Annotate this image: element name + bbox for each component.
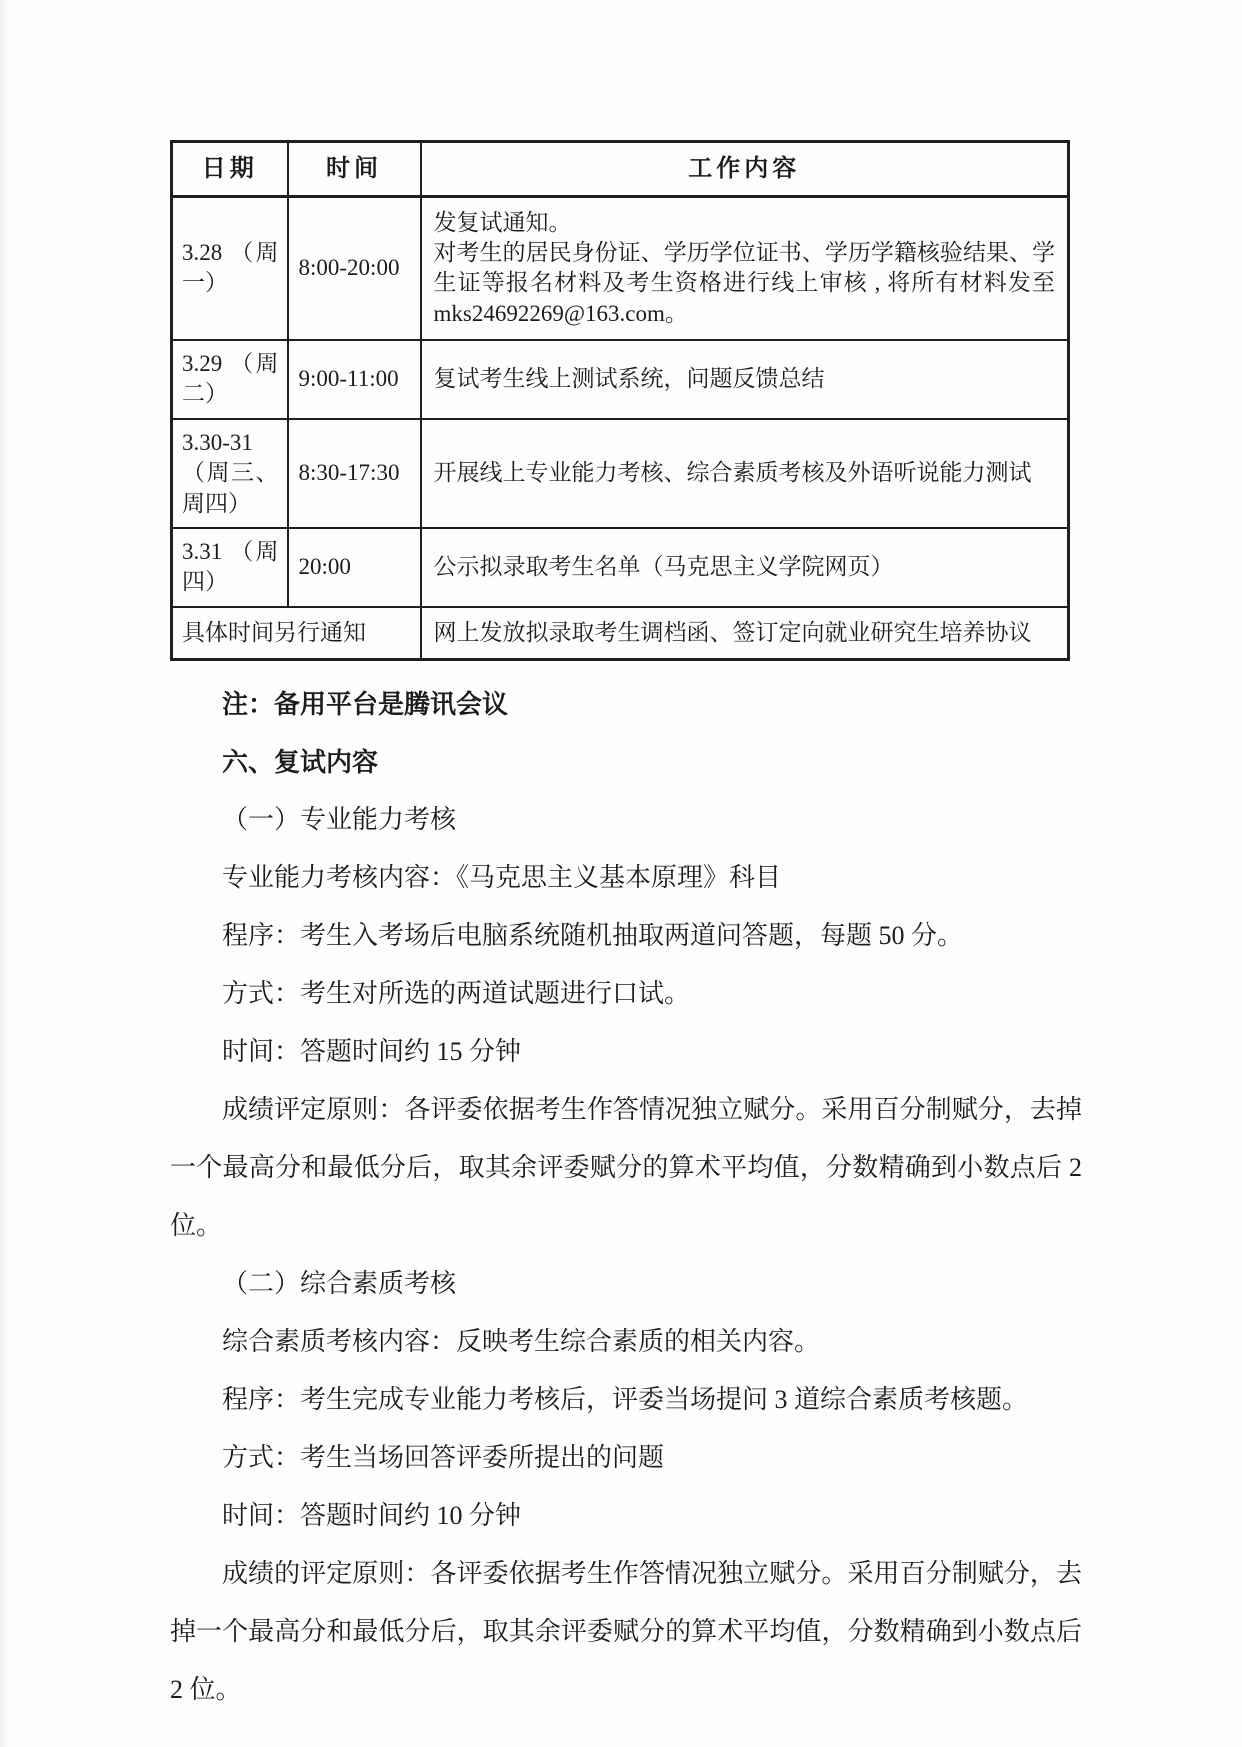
paragraph: 程序：考生完成专业能力考核后，评委当场提问 3 道综合素质考核题。 [170, 1371, 1082, 1429]
paragraph: 专业能力考核内容：《马克思主义基本原理》科目 [170, 849, 1082, 907]
content-cell: 发复试通知。 对考生的居民身份证、学历学位证书、学历学籍核验结果、学生证等报名材… [421, 196, 1069, 340]
header-cell-date: 日期 [172, 142, 288, 197]
paragraph: 程序：考生入考场后电脑系统随机抽取两道问答题，每题 50 分。 [170, 907, 1082, 965]
note-line: 注：备用平台是腾讯会议 [170, 675, 1082, 733]
body-text: 注：备用平台是腾讯会议 六、复试内容 （一）专业能力考核 专业能力考核内容：《马… [170, 675, 1082, 1719]
date-cell: 3.29 （周二） [172, 340, 288, 419]
time-cell: 8:00-20:00 [288, 196, 421, 340]
paragraph: 方式：考生对所选的两道试题进行口试。 [170, 965, 1082, 1023]
paragraph: 时间：答题时间约 10 分钟 [170, 1487, 1082, 1545]
table-row: 3.31 （周四） 20:00 公示拟录取考生名单（马克思主义学院网页） [172, 528, 1069, 607]
time-cell: 9:00-11:00 [288, 340, 421, 419]
time-cell: 20:00 [288, 528, 421, 607]
date-cell: 3.31 （周四） [172, 528, 288, 607]
paragraph: 成绩的评定原则：各评委依据考生作答情况独立赋分。采用百分制赋分，去掉一个最高分和… [170, 1545, 1082, 1719]
paragraph: 时间：答题时间约 15 分钟 [170, 1023, 1082, 1081]
table-row: 3.30-31 （周三、周四） 8:30-17:30 开展线上专业能力考核、综合… [172, 419, 1069, 528]
table-row: 具体时间另行通知 网上发放拟录取考生调档函、签订定向就业研究生培养协议 [172, 607, 1069, 660]
section-heading: 六、复试内容 [170, 733, 1082, 791]
document-page: 日期 时间 工作内容 3.28 （周一） 8:00-20:00 发复试通知。 对… [0, 0, 1242, 1747]
content-cell: 开展线上专业能力考核、综合素质考核及外语听说能力测试 [421, 419, 1069, 528]
content-cell: 网上发放拟录取考生调档函、签订定向就业研究生培养协议 [421, 607, 1069, 660]
date-cell-merged: 具体时间另行通知 [172, 607, 421, 660]
content-cell: 复试考生线上测试系统，问题反馈总结 [421, 340, 1069, 419]
schedule-table: 日期 时间 工作内容 3.28 （周一） 8:00-20:00 发复试通知。 对… [170, 140, 1070, 661]
paragraph: 方式：考生当场回答评委所提出的问题 [170, 1429, 1082, 1487]
table-row: 3.28 （周一） 8:00-20:00 发复试通知。 对考生的居民身份证、学历… [172, 196, 1069, 340]
paragraph: 成绩评定原则：各评委依据考生作答情况独立赋分。采用百分制赋分，去掉一个最高分和最… [170, 1081, 1082, 1255]
page-edge-shadow [0, 0, 10, 1747]
date-cell: 3.28 （周一） [172, 196, 288, 340]
table-header-row: 日期 时间 工作内容 [172, 142, 1069, 197]
subsection-heading-1: （一）专业能力考核 [170, 791, 1082, 849]
table-row: 3.29 （周二） 9:00-11:00 复试考生线上测试系统，问题反馈总结 [172, 340, 1069, 419]
header-cell-content: 工作内容 [421, 142, 1069, 197]
document-content: 日期 时间 工作内容 3.28 （周一） 8:00-20:00 发复试通知。 对… [170, 140, 1082, 1719]
content-cell: 公示拟录取考生名单（马克思主义学院网页） [421, 528, 1069, 607]
subsection-heading-2: （二）综合素质考核 [170, 1255, 1082, 1313]
date-cell: 3.30-31 （周三、周四） [172, 419, 288, 528]
paragraph: 综合素质考核内容：反映考生综合素质的相关内容。 [170, 1313, 1082, 1371]
time-cell: 8:30-17:30 [288, 419, 421, 528]
header-cell-time: 时间 [288, 142, 421, 197]
